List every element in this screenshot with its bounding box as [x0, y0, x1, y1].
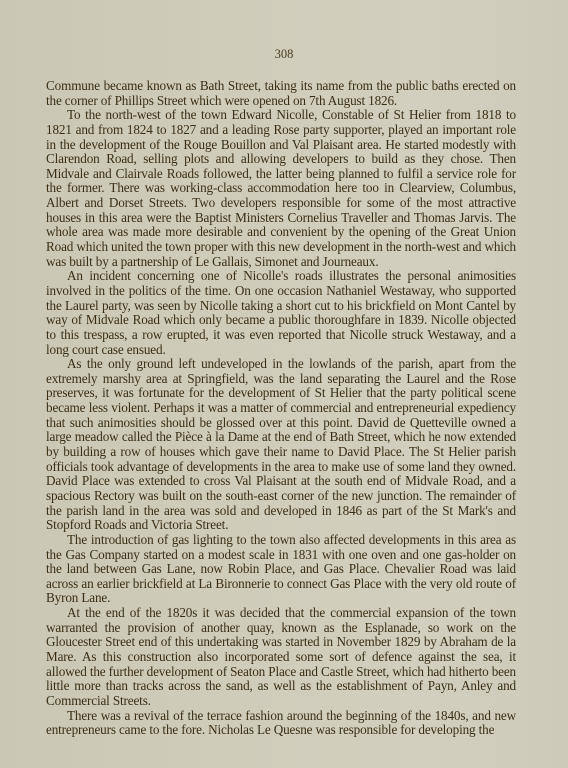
body-text: Commune became known as Bath Street, tak…	[46, 79, 516, 738]
paragraph: At the end of the 1820s it was decided t…	[46, 606, 516, 708]
paragraph: The introduction of gas lighting to the …	[46, 533, 516, 606]
paragraph: There was a revival of the terrace fashi…	[46, 709, 516, 738]
paragraph: As the only ground left undeveloped in t…	[46, 357, 516, 533]
paragraph: To the north-west of the town Edward Nic…	[46, 108, 516, 269]
book-page: 308 Commune became known as Bath Street,…	[0, 0, 568, 768]
paragraph: Commune became known as Bath Street, tak…	[46, 79, 516, 108]
paragraph: An incident concerning one of Nicolle's …	[46, 269, 516, 357]
page-number: 308	[0, 47, 568, 62]
